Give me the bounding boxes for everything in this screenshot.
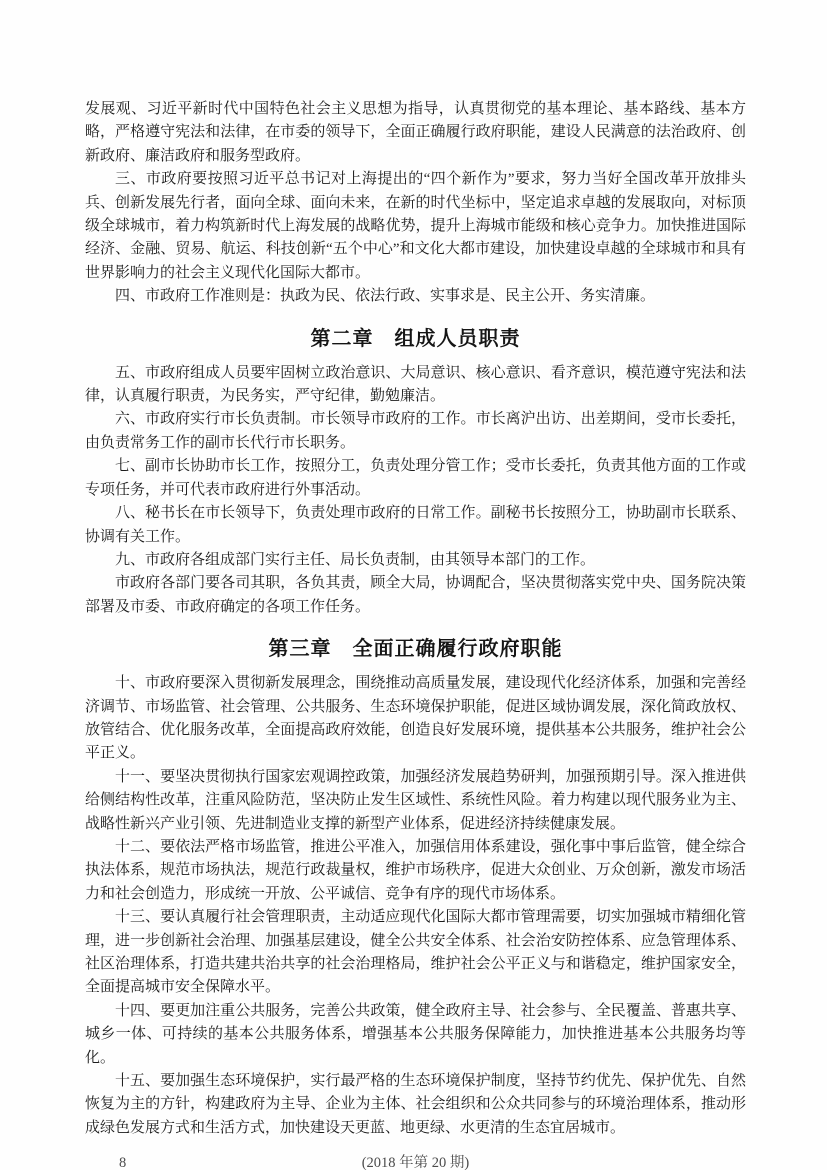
document-page: 发展观、习近平新时代中国特色社会主义思想为指导，认真贯彻党的基本理论、基本路线、… xyxy=(0,0,827,1170)
issue-label: (2018 年第 20 期) xyxy=(362,1155,470,1170)
body-paragraph: 十、市政府要深入贯彻新发展理念，围绕推动高质量发展，建设现代化经济体系，加强和完… xyxy=(85,672,746,766)
body-paragraph: 发展观、习近平新时代中国特色社会主义思想为指导，认真贯彻党的基本理论、基本路线、… xyxy=(85,98,746,168)
body-paragraph: 十四、要更加注重公共服务，完善公共政策，健全政府主导、社会参与、全民覆盖、普惠共… xyxy=(85,1000,746,1070)
body-paragraph: 十一、要坚决贯彻执行国家宏观调控政策，加强经济发展趋势研判，加强预期引导。深入推… xyxy=(85,766,746,836)
body-paragraph: 八、秘书长在市长领导下，负责处理市政府的日常工作。副秘书长按照分工，协助副市长联… xyxy=(85,502,746,549)
body-paragraph: 三、市政府要按照习近平总书记对上海提出的“四个新作为”要求，努力当好全国改革开放… xyxy=(85,168,746,285)
chapter-heading-3: 第三章 全面正确履行政府职能 xyxy=(85,632,746,661)
page-number: 8 xyxy=(119,1152,126,1170)
body-paragraph: 市政府各部门要各司其职，各负其责，顾全大局，协调配合，坚决贯彻落实党中央、国务院… xyxy=(85,572,746,619)
body-paragraph: 十五、要加强生态环境保护，实行最严格的生态环境保护制度，坚持节约优先、保护优先、… xyxy=(85,1070,746,1140)
document-content: 发展观、习近平新时代中国特色社会主义思想为指导，认真贯彻党的基本理论、基本路线、… xyxy=(85,98,746,1170)
chapter-heading-2: 第二章 组成人员职责 xyxy=(85,322,746,351)
body-paragraph: 五、市政府组成人员要牢固树立政治意识、大局意识、核心意识、看齐意识，模范遵守宪法… xyxy=(85,362,746,409)
body-paragraph: 十三、要认真履行社会管理职责，主动适应现代化国际大都市管理需要，切实加强城市精细… xyxy=(85,906,746,1000)
body-paragraph: 九、市政府各组成部门实行主任、局长负责制，由其领导本部门的工作。 xyxy=(85,549,746,572)
page-footer: 8 (2018 年第 20 期) xyxy=(85,1152,746,1170)
body-paragraph: 六、市政府实行市长负责制。市长领导市政府的工作。市长离沪出访、出差期间，受市长委… xyxy=(85,408,746,455)
body-paragraph: 十二、要依法严格市场监管，推进公平准入，加强信用体系建设，强化事中事后监管，健全… xyxy=(85,836,746,906)
body-paragraph: 七、副市长协助市长工作，按照分工，负责处理分管工作；受市长委托，负责其他方面的工… xyxy=(85,455,746,502)
body-paragraph: 四、市政府工作准则是：执政为民、依法行政、实事求是、民主公开、务实清廉。 xyxy=(85,285,746,308)
